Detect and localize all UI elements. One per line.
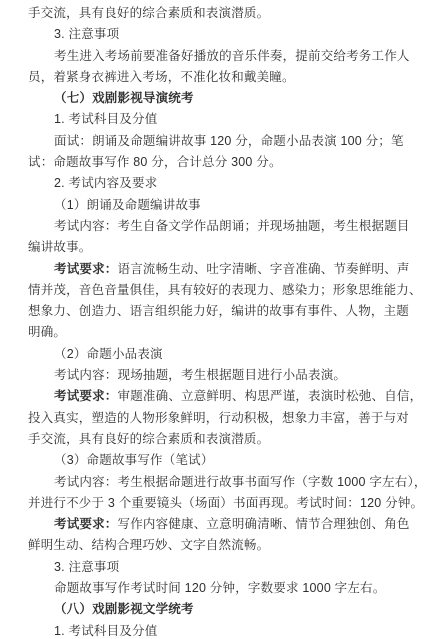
text-run: 1. 考试科目及分值 <box>54 624 157 638</box>
text-run: 投入真实，塑造的人物形象鲜明，行动积极，想象力丰富，善于与对 <box>28 411 409 425</box>
text-run: （2）命题小品表演 <box>54 347 163 361</box>
text-run: 试：命题故事写作 80 分，合计总分 300 分。 <box>28 155 282 169</box>
text-line: 明确。 <box>28 322 432 343</box>
text-line: （1）朗诵及命题编讲故事 <box>28 195 432 216</box>
text-run: 想象力、创造力、语言组织能力好，编讲的故事有事件、人物，主题 <box>28 304 409 318</box>
text-line: 考生进入考场前要准备好播放的音乐伴奏，提前交给考务工作人 <box>28 46 432 67</box>
text-run: 考试内容：现场抽题，考生根据题目进行小品表演。 <box>54 368 346 382</box>
section-heading: （七）戏剧影视导演统考 <box>28 88 432 109</box>
text-run: 面试：朗诵及命题编讲故事 120 分，命题小品表演 100 分；笔 <box>54 134 404 148</box>
text-line: 情并茂，音色音量俱佳，具有较好的表现力、感染力；形象思维能力、 <box>28 280 432 301</box>
text-line: 考试要求：语言流畅生动、吐字清晰、字音准确、节奏鲜明、声 <box>28 259 432 280</box>
text-run: 考试内容：考生自备文学作品朗诵；并现场抽题，考生根据题目 <box>54 219 410 233</box>
text-line: （2）命题小品表演 <box>28 344 432 365</box>
document-page: 手交流，具有良好的综合素质和表演潜质。3. 注意事项考生进入考场前要准备好播放的… <box>0 0 437 639</box>
text-run: 明确。 <box>28 325 66 339</box>
text-line: 考试要求：写作内容健康、立意明确清晰、情节合理独创、角色 <box>28 514 432 535</box>
text-run: （3）命题故事写作（笔试） <box>54 453 214 467</box>
text-line: 员，着紧身衣裤进入考场，不准化妆和戴美瞳。 <box>28 67 432 88</box>
text-line: 面试：朗诵及命题编讲故事 120 分，命题小品表演 100 分；笔 <box>28 131 432 152</box>
text-run: 鲜明生动、结构合理巧妙、文字自然流畅。 <box>28 538 269 552</box>
section-heading: （八）戏剧影视文学统考 <box>28 599 432 620</box>
text-run: 语言流畅生动、吐字清晰、字音准确、节奏鲜明、声 <box>118 262 410 276</box>
text-line: 3. 注意事项 <box>28 24 432 45</box>
text-run: 并进行不少于 3 个重要镜头（场面）书面再现。考试时间：120 分钟。 <box>28 496 423 510</box>
bold-text-run: 考试要求： <box>54 517 118 531</box>
text-line: 1. 考试科目及分值 <box>28 621 432 639</box>
text-line: 投入真实，塑造的人物形象鲜明，行动积极，想象力丰富，善于与对 <box>28 408 432 429</box>
text-line: 考试内容：现场抽题，考生根据题目进行小品表演。 <box>28 365 432 386</box>
text-run: 2. 考试内容及要求 <box>54 176 157 190</box>
text-line: 考试内容：考生自备文学作品朗诵；并现场抽题，考生根据题目 <box>28 216 432 237</box>
text-line: 命题故事写作考试时间 120 分钟，字数要求 1000 字左右。 <box>28 578 432 599</box>
text-run: 考生进入考场前要准备好播放的音乐伴奏，提前交给考务工作人 <box>54 49 410 63</box>
text-run: （1）朗诵及命题编讲故事 <box>54 198 201 212</box>
text-line: 手交流，具有良好的综合素质和表演潜质。 <box>28 429 432 450</box>
bold-text-run: （七）戏剧影视导演统考 <box>54 91 194 105</box>
text-run: 考试内容：考生根据命题进行故事书面写作（字数 1000 字左右）， <box>54 475 427 489</box>
text-line: 手交流，具有良好的综合素质和表演潜质。 <box>28 3 432 24</box>
text-line: 2. 考试内容及要求 <box>28 173 432 194</box>
text-run: 员，着紧身衣裤进入考场，不准化妆和戴美瞳。 <box>28 70 295 84</box>
text-run: 写作内容健康、立意明确清晰、情节合理独创、角色 <box>118 517 410 531</box>
text-run: 情并茂，音色音量俱佳，具有较好的表现力、感染力；形象思维能力、 <box>28 283 422 297</box>
text-line: 考试要求：审题准确、立意鲜明、构思严谨，表演时松弛、自信， <box>28 386 432 407</box>
text-run: 1. 考试科目及分值 <box>54 112 157 126</box>
document-body: 手交流，具有良好的综合素质和表演潜质。3. 注意事项考生进入考场前要准备好播放的… <box>28 3 432 639</box>
text-line: 鲜明生动、结构合理巧妙、文字自然流畅。 <box>28 535 432 556</box>
text-line: 并进行不少于 3 个重要镜头（场面）书面再现。考试时间：120 分钟。 <box>28 493 432 514</box>
text-line: 1. 考试科目及分值 <box>28 109 432 130</box>
text-run: 3. 注意事项 <box>54 27 119 41</box>
text-run: 编讲故事。 <box>28 240 92 254</box>
bold-text-run: 考试要求： <box>54 389 118 403</box>
text-run: 命题故事写作考试时间 120 分钟，字数要求 1000 字左右。 <box>54 581 385 595</box>
text-line: 编讲故事。 <box>28 237 432 258</box>
text-line: 想象力、创造力、语言组织能力好，编讲的故事有事件、人物，主题 <box>28 301 432 322</box>
text-line: 考试内容：考生根据命题进行故事书面写作（字数 1000 字左右）， <box>28 472 432 493</box>
text-line: （3）命题故事写作（笔试） <box>28 450 432 471</box>
text-line: 3. 注意事项 <box>28 557 432 578</box>
bold-text-run: （八）戏剧影视文学统考 <box>54 602 194 616</box>
text-line: 试：命题故事写作 80 分，合计总分 300 分。 <box>28 152 432 173</box>
bold-text-run: 考试要求： <box>54 262 118 276</box>
text-run: 审题准确、立意鲜明、构思严谨，表演时松弛、自信， <box>118 389 423 403</box>
text-run: 手交流，具有良好的综合素质和表演潜质。 <box>28 6 269 20</box>
text-run: 手交流，具有良好的综合素质和表演潜质。 <box>28 432 269 446</box>
text-run: 3. 注意事项 <box>54 560 119 574</box>
